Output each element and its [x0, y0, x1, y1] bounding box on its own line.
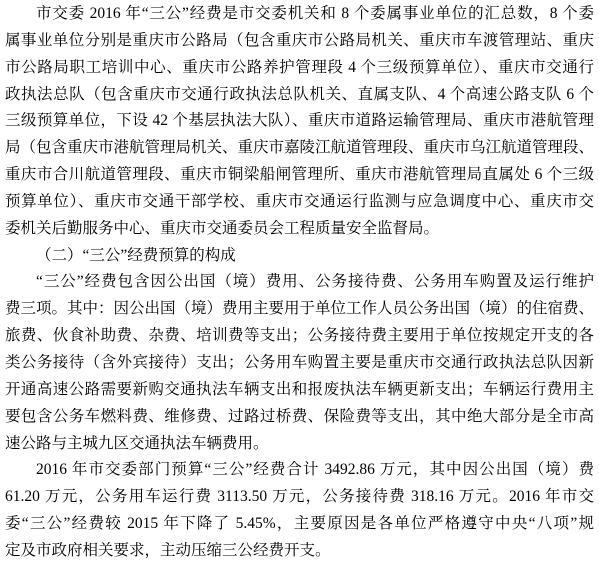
text-line: 速公路与主城九区交通执法车辆费用。	[5, 431, 594, 458]
text-line: 61.20 万元，公务用车运行费 3113.50 万元，公务接待费 318.16…	[5, 484, 594, 511]
text-line: 属事业单位分别是重庆市公路局（包含重庆市公路局机关、重庆市车渡管理站、重庆	[5, 28, 594, 55]
document-page: 市交委 2016 年“三公”经费是市交委机关和 8 个委属事业单位的汇总数，8 …	[0, 0, 599, 565]
text-line: 开通高速公路需要新购交通执法车辆支出和报废执法车辆更新支出；车辆运行费用主	[5, 377, 594, 404]
paragraph: （二）“三公”经费预算的构成	[5, 243, 594, 270]
text-line: 市交委 2016 年“三公”经费是市交委机关和 8 个委属事业单位的汇总数，8 …	[5, 1, 594, 28]
text-line: 委机关后勤服务中心、重庆市交通委员会工程质量安全监督局。	[5, 216, 594, 243]
paragraph: “三公”经费包含因公出国（境）费用、公务接待费、公务用车购置及运行维护费三项。其…	[5, 269, 594, 457]
text-line: 定及市政府相关要求，主动压缩三公经费开支。	[5, 538, 594, 565]
text-line: 预算单位）、重庆市交通干部学校、重庆市交通运行监测与应急调度中心、重庆市交	[5, 189, 594, 216]
text-line: 重庆市合川航道管理段、重庆市铜梁船闸管理所、重庆市港航管理局直属处 6 个三级	[5, 162, 594, 189]
text-line: 政执法总队（包含重庆市交通行政执法总队机关、直属支队、4 个高速公路支队 6 个	[5, 82, 594, 109]
text-line: 2016 年市交委部门预算“三公”经费合计 3492.86 万元，其中因公出国（…	[5, 457, 594, 484]
text-line: 委“三公”经费较 2015 年下降了 5.45%，主要原因是各单位严格遵守中央“…	[5, 511, 594, 538]
paragraph: 市交委 2016 年“三公”经费是市交委机关和 8 个委属事业单位的汇总数，8 …	[5, 1, 594, 243]
text-line: “三公”经费包含因公出国（境）费用、公务接待费、公务用车购置及运行维护	[5, 269, 594, 296]
text-line: 市公路局职工培训中心、重庆市公路养护管理段 4 个三级预算单位）、重庆市交通行	[5, 55, 594, 82]
document-body: 市交委 2016 年“三公”经费是市交委机关和 8 个委属事业单位的汇总数，8 …	[5, 1, 594, 565]
text-line: 费三项。其中：因公出国（境）费用主要用于单位工作人员公务出国（境）的住宿费、	[5, 296, 594, 323]
text-line: （二）“三公”经费预算的构成	[5, 243, 594, 270]
text-line: 三级预算单位，下设 42 个基层执法大队）、重庆市道路运输管理局、重庆市港航管理	[5, 108, 594, 135]
text-line: 要包含公务车燃料费、维修费、过路过桥费、保险费等支出，其中绝大部分是全市高	[5, 404, 594, 431]
paragraph: 2016 年市交委部门预算“三公”经费合计 3492.86 万元，其中因公出国（…	[5, 457, 594, 564]
text-line: 局（包含重庆市港航管理局机关、重庆市嘉陵江航道管理段、重庆市乌江航道管理段、	[5, 135, 594, 162]
text-line: 旅费、伙食补助费、杂费、培训费等支出；公务接待费主要用于单位按规定开支的各	[5, 323, 594, 350]
text-line: 类公务接待（含外宾接待）支出；公务用车购置主要是重庆市交通行政执法总队因新	[5, 350, 594, 377]
